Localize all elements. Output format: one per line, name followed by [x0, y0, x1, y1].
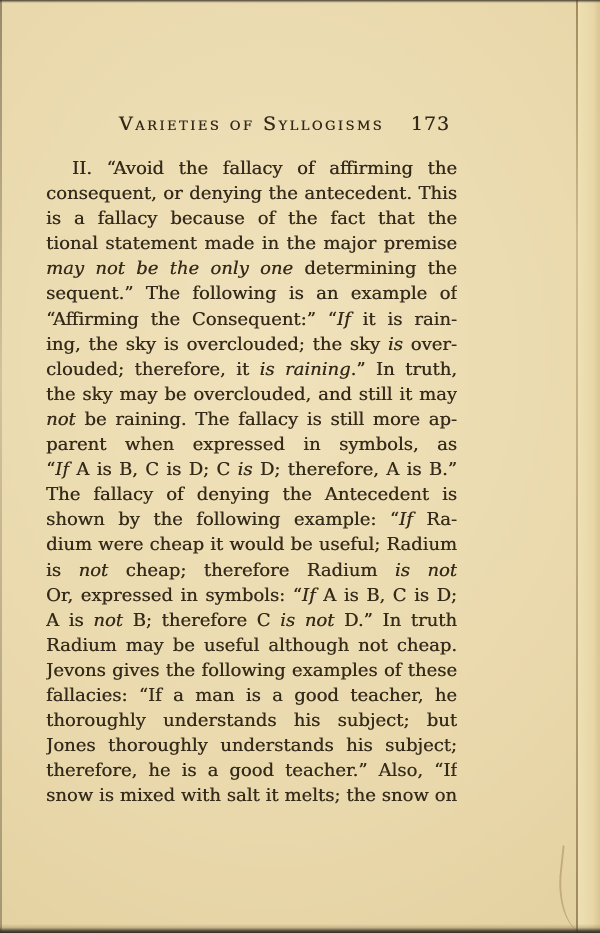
body-line: therefore, he is a good teacher.” Also, …: [46, 758, 457, 783]
body-line: dium were cheap it would be useful; Radi…: [46, 532, 457, 557]
page-left-edge: [0, 0, 2, 933]
body-line: clouded; therefore, it is raining.” In t…: [46, 357, 457, 382]
body-line: shown by the following example: “If Ra-: [46, 507, 457, 532]
text-block: Varieties of Syllogisms 173 II. “Avoid t…: [46, 111, 457, 808]
body-line: ing, the sky is overclouded; the sky is …: [46, 332, 457, 357]
body-line: Radium may be useful although not cheap.: [46, 633, 457, 658]
page-number: 173: [411, 111, 450, 137]
scan-top-edge: [0, 0, 600, 3]
body-line: A is not B; therefore C is not D.” In tr…: [46, 608, 457, 633]
running-header: Varieties of Syllogisms 173: [46, 111, 457, 137]
body-line: “If A is B, C is D; C is D; therefore, A…: [46, 457, 457, 482]
body-line: snow is mixed with salt it melts; the sn…: [46, 783, 457, 808]
body-line: II. “Avoid the fallacy of affirming the: [46, 156, 457, 181]
body-line: the sky may be overclouded, and still it…: [46, 382, 457, 407]
scan-bottom-edge: [0, 924, 600, 933]
body-line: thoroughly understands his subject; but …: [46, 708, 457, 733]
body-line: tional statement made in the major premi…: [46, 231, 457, 256]
body-line: Jones thoroughly understands his subject…: [46, 733, 457, 758]
adjacent-page-strip: [578, 0, 600, 933]
body-line: Jevons gives the following examples of t…: [46, 658, 457, 683]
body-line: parent when expressed in symbols, as fol…: [46, 432, 457, 457]
book-page-scan: Varieties of Syllogisms 173 II. “Avoid t…: [0, 0, 600, 933]
body-line: not be raining. The fallacy is still mor…: [46, 407, 457, 432]
body-line: is not cheap; therefore Radium is not us…: [46, 558, 457, 583]
body-line: fallacies: “If a man is a good teacher, …: [46, 683, 457, 708]
running-title: Varieties of Syllogisms: [119, 113, 384, 135]
body-line: The fallacy of denying the Antecedent is: [46, 482, 457, 507]
body-line: may not be the only one determining the …: [46, 256, 457, 281]
body-line: “Affirming the Consequent:” “If it is ra…: [46, 307, 457, 332]
body-line: Or, expressed in symbols: “If A is B, C …: [46, 583, 457, 608]
body-text: II. “Avoid the fallacy of affirming thec…: [46, 156, 457, 808]
body-line: sequent.” The following is an example of: [46, 281, 457, 306]
body-line: consequent, or denying the antecedent. T…: [46, 181, 457, 206]
body-line: is a fallacy because of the fact that th…: [46, 206, 457, 231]
